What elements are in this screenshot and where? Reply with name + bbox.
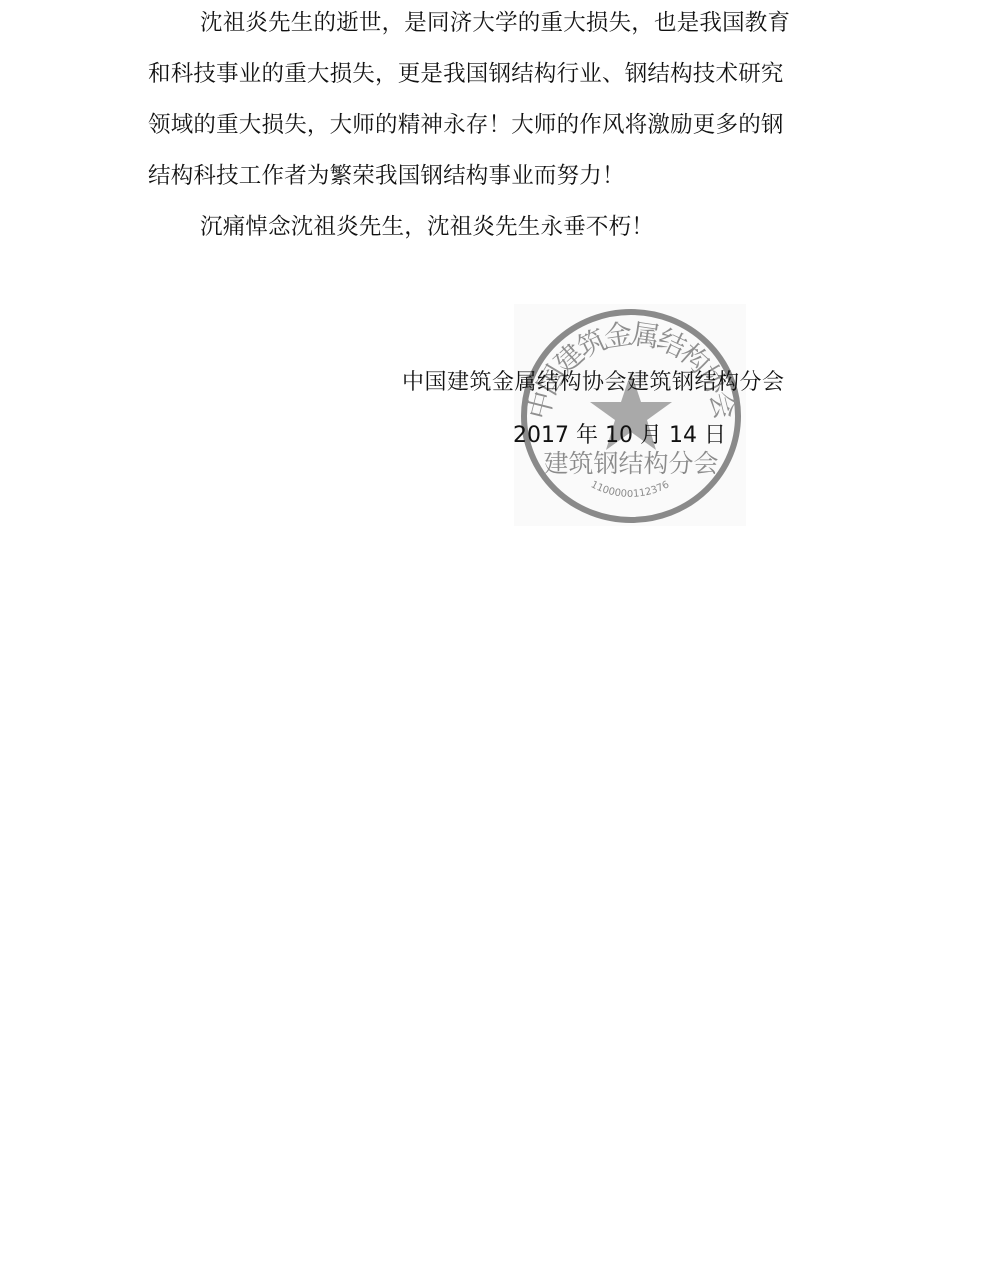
paragraph-1-line-2: 和科技事业的重大损失，更是我国钢结构行业、钢结构技术研究 [148, 59, 784, 89]
signature-organization: 中国建筑金属结构协会建筑钢结构分会 [402, 368, 785, 398]
paragraph-1-line-4: 结构科技工作者为繁荣我国钢结构事业而努力！ [148, 161, 625, 191]
stamp-center-text: 建筑钢结构分会 [543, 449, 718, 478]
paragraph-1-line-1: 沈祖炎先生的逝世，是同济大学的重大损失，也是我国教育 [200, 8, 790, 38]
signature-date: 2017 年 10 月 14 日 [513, 421, 726, 451]
official-seal-stamp: 中国建筑金属结构协会 建筑钢结构分会 1100000112376 [510, 300, 750, 530]
document-page: 沈祖炎先生的逝世，是同济大学的重大损失，也是我国教育 和科技事业的重大损失，更是… [0, 0, 991, 1276]
paragraph-2-line-1: 沉痛悼念沈祖炎先生，沈祖炎先生永垂不朽！ [200, 212, 654, 242]
paragraph-1-line-3: 领域的重大损失，大师的精神永存！大师的作风将激励更多的钢 [148, 110, 784, 140]
